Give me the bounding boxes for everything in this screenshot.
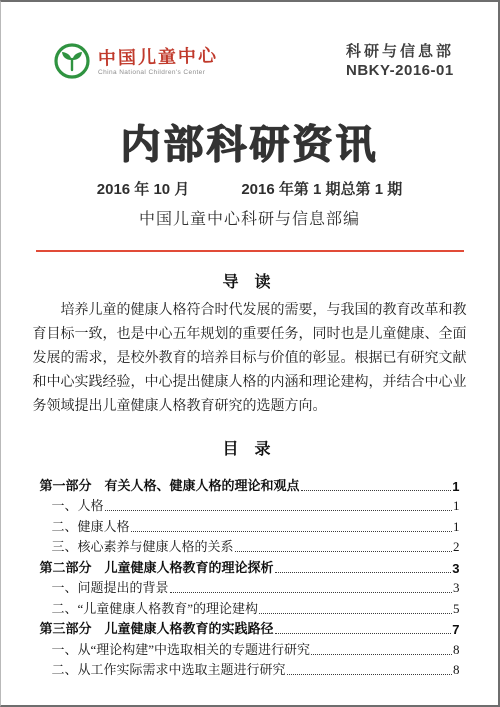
toc-entry-label: 一、问题提出的背景 <box>52 577 169 596</box>
org-logo: 中国儿童中心 China National Children's Center <box>53 42 218 80</box>
toc-entry: 一、从“理论构建”中选取相关的专题进行研究 8 <box>40 637 460 658</box>
newsletter-title: 内部科研资讯 <box>1 122 498 168</box>
toc-entry: 第一部分 有关人格、健康人格的理论和观点 1 <box>40 473 460 494</box>
logo-name-en: China National Children's Center <box>98 69 218 76</box>
issue-date: 2016 年 10 月 <box>97 178 190 199</box>
toc-entry: 二、从工作实际需求中选取主题进行研究 8 <box>40 658 460 679</box>
toc-dot-leader <box>105 510 452 511</box>
toc-heading: 目 录 <box>1 436 498 459</box>
editor-line: 中国儿童中心科研与信息部编 <box>1 206 498 229</box>
document-page: 中国儿童中心 China National Children's Center … <box>0 0 500 707</box>
toc-entry-page: 1 <box>453 519 460 535</box>
toc-entry-page: 2 <box>453 539 460 555</box>
department-label: 科研与信息部 <box>346 42 454 61</box>
toc-entry: 第三部分 儿童健康人格教育的实践路径 7 <box>40 617 460 638</box>
toc-dot-leader <box>275 572 452 573</box>
toc-entry-label: 第二部分 儿童健康人格教育的理论探析 <box>40 557 274 576</box>
toc-entry-label: 第三部分 儿童健康人格教育的实践路径 <box>40 618 274 637</box>
intro-heading: 导 读 <box>1 269 498 292</box>
toc-entry-page: 5 <box>453 601 460 617</box>
toc-entry-label: 二、“儿童健康人格教育”的理论建构 <box>52 598 259 617</box>
toc-dot-leader <box>311 654 452 655</box>
toc-entry-page: 3 <box>453 580 460 596</box>
toc-dot-leader <box>287 674 452 675</box>
issue-number: 2016 年第 1 期总第 1 期 <box>241 178 402 199</box>
page-header: 中国儿童中心 China National Children's Center … <box>53 42 454 80</box>
issue-info-row: 2016 年 10 月 2016 年第 1 期总第 1 期 <box>1 178 498 199</box>
toc-entry-page: 1 <box>452 479 459 494</box>
toc-entry-page: 3 <box>452 561 459 576</box>
toc-entry-page: 8 <box>453 662 460 678</box>
seedling-logo-icon <box>53 42 91 80</box>
logo-name-cn: 中国儿童中心 <box>98 45 218 68</box>
toc-entry-page: 7 <box>452 622 459 637</box>
document-number: NBKY-2016-01 <box>346 61 454 80</box>
toc-entry: 二、健康人格 1 <box>40 514 460 535</box>
intro-paragraph: 培养儿童的健康人格符合时代发展的需要，与我国的教育改革和教育目标一致，也是中心五… <box>33 299 467 419</box>
toc-dot-leader <box>301 490 452 491</box>
toc-entry: 一、人格 1 <box>40 494 460 515</box>
toc-list: 第一部分 有关人格、健康人格的理论和观点 1 一、人格 1 二、健康人格 1 三… <box>40 473 460 678</box>
toc-dot-leader <box>275 633 452 634</box>
red-divider-rule <box>36 250 464 252</box>
toc-dot-leader <box>170 592 452 593</box>
toc-entry-page: 1 <box>453 498 460 514</box>
toc-entry-label: 二、从工作实际需求中选取主题进行研究 <box>52 659 286 678</box>
logo-text: 中国儿童中心 China National Children's Center <box>98 47 218 76</box>
toc-entry-label: 二、健康人格 <box>52 516 130 535</box>
toc-dot-leader <box>131 531 452 532</box>
toc-entry: 第二部分 儿童健康人格教育的理论探析 3 <box>40 555 460 576</box>
toc-entry-label: 一、人格 <box>52 495 104 514</box>
toc-entry: 二、“儿童健康人格教育”的理论建构 5 <box>40 596 460 617</box>
toc-entry: 一、问题提出的背景 3 <box>40 576 460 597</box>
toc-dot-leader <box>259 613 452 614</box>
toc-dot-leader <box>235 551 452 552</box>
toc-entry: 三、核心素养与健康人格的关系 2 <box>40 535 460 556</box>
toc-entry-label: 第一部分 有关人格、健康人格的理论和观点 <box>40 475 300 494</box>
toc-entry-page: 8 <box>453 642 460 658</box>
document-ids: 科研与信息部 NBKY-2016-01 <box>346 42 454 80</box>
toc-entry-label: 一、从“理论构建”中选取相关的专题进行研究 <box>52 639 311 658</box>
toc-entry-label: 三、核心素养与健康人格的关系 <box>52 536 234 555</box>
